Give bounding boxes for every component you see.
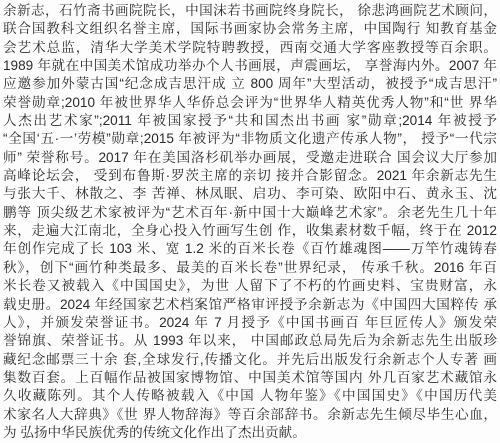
text-line: 会艺术总监，清华大学美术学院特聘教授，西南交通大学客座教授等百余职。 (3, 39, 497, 57)
text-line: 人》，并颁发荣誉证书。2024 年 7 月授予《中国书画百 年巨匠传人》颁发荣 (3, 314, 497, 332)
text-line: 鹏等 顶尖级艺术家被评为“艺术百年·新中国十大巅峰艺术家”。余老先生几十年 (3, 204, 497, 222)
text-line: 联合国教科文组织名誉主席，国际书画家协会常务主席，中国陶行 知教育基金 (3, 20, 497, 38)
text-line: 1989 年就在中国美术馆成功举办个人书画展，声震画坛， 享誉海内外。2007 … (3, 57, 497, 75)
text-line: 米长卷又被载入《中国国史》，为世 人留下了不朽的竹画史料、宝贵财富，永 (3, 277, 497, 295)
biography-document: 余新志，石竹斋书画院院长，中国沫若书画院终身院长， 徐悲鸿画院艺术顾问， 联合国… (0, 0, 500, 443)
text-line: 年创作完成了长 103 米、宽 1.2 米的百米长卷《百竹雄魂图——万竿竹魂铸春 (3, 240, 497, 258)
text-line: 集数百套。上百幅作品被国家博物馆、中国美术馆等国内 外几百家艺术藏馆永 (3, 369, 497, 387)
text-line: 荣誉勋章;2010 年被世界华人华侨总会评为“世界华人精英优秀人物”和“世 界华 (3, 94, 497, 112)
text-line: 载史册。2024 年经国家艺术档案馆严格审评授予余新志为《中国四大国粹传 承 (3, 296, 497, 314)
text-line: 余新志，石竹斋书画院院长，中国沫若书画院终身院长， 徐悲鸿画院艺术顾问， (3, 2, 497, 20)
text-line: 藏纪念邮票三十余 套,全球发行,传播文化。并先后出版发行余新志个人专著 画 (3, 351, 497, 369)
text-line: 久收藏陈列。其个人传略被载入《中国 人物年鉴》《中国国史》《中国历代美 (3, 387, 497, 405)
text-line: 誉锦旗、荣誉证书。从 1993 年以来， 中国邮政总局先后为余新志先生出版珍 (3, 332, 497, 350)
text-line: 师” 荣誉称号。2017 年在美国洛杉矶举办画展，受邀走进联合 国会议大厅参加 (3, 149, 497, 167)
text-line: 人杰出艺术家”;2011 年被国家授予“共和国杰出书画 家”勋章;2014 年被… (3, 112, 497, 130)
text-line: 高峰论坛会， 受到布鲁斯·罗茨主席的亲切 接并合影留念。2021 年余新志先生 (3, 167, 497, 185)
text-line: 应邀参加外蒙古国“纪念成吉思汗成 立 800 周年”大型活动，被授予“成吉思汗” (3, 75, 497, 93)
text-line: 与张大千、林散之、李 苦禅、林凤眠、启功、李可染、欧阳中石、黄永玉、沈 (3, 185, 497, 203)
text-line: 为 弘扬中华民族优秀的传统文化作出了杰出贡献。 (3, 424, 497, 442)
text-line: 术家名人大辞典》《世 界人物辞海》等百余部辞书。余新志先生倾尽毕生心血， (3, 406, 497, 424)
text-line: 秋》，创下“画竹种类最多、最美的百米长卷”世界纪录， 传承千秋。2016 年百 (3, 259, 497, 277)
text-line: “全国‘五·一’劳模”勋章;2015 年被评为“非物质文化遗产传承人物”， 授予… (3, 130, 497, 148)
text-line: 来，走遍大江南北，全身心投入竹画写生创 作，收集素材数千幅，终于在 2012 (3, 222, 497, 240)
